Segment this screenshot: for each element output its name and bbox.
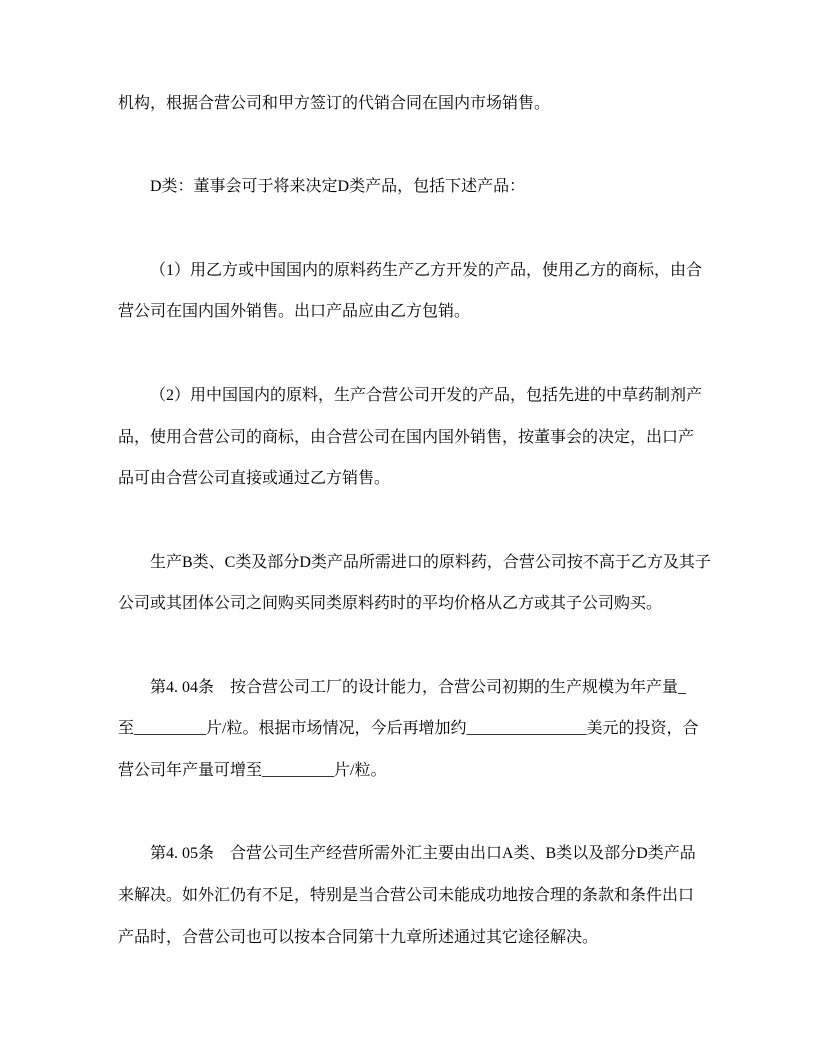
text-line: 至_________片/粒。根据市场情况，今后再增加约_____________…	[118, 708, 708, 750]
paragraph: 第4. 05条 合营公司生产经营所需外汇主要由出口A类、B类以及部分D类产品来解…	[118, 833, 708, 958]
paragraph: 第4. 04条 按合营公司工厂的设计能力，合营公司初期的生产规模为年产量_至__…	[118, 667, 708, 792]
text-line: 产品时，合营公司也可以按本合同第十九章所述通过其它途径解决。	[118, 917, 708, 959]
paragraph: 生产B类、C类及部分D类产品所需进口的原料药，合营公司按不高于乙方及其子公司或其…	[118, 542, 708, 625]
text-line: D类：董事会可于将来决定D类产品，包括下述产品：	[118, 166, 708, 208]
text-line: 第4. 04条 按合营公司工厂的设计能力，合营公司初期的生产规模为年产量_	[118, 667, 708, 709]
document-page: 机构，根据合营公司和甲方签订的代销合同在国内市场销售。D类：董事会可于将来决定D…	[0, 0, 816, 1056]
text-line: 营公司在国内国外销售。出口产品应由乙方包销。	[118, 291, 708, 333]
text-line: 公司或其团体公司之间购买同类原料药时的平均价格从乙方或其子公司购买。	[118, 583, 708, 625]
paragraph: （2）用中国国内的原料，生产合营公司开发的产品，包括先进的中草药制剂产品，使用合…	[118, 375, 708, 500]
text-line: 机构，根据合营公司和甲方签订的代销合同在国内市场销售。	[118, 83, 708, 125]
text-line: 营公司年产量可增至_________片/粒。	[118, 750, 708, 792]
text-line: 品，使用合营公司的商标，由合营公司在国内国外销售，按董事会的决定，出口产	[118, 417, 708, 459]
text-line: 生产B类、C类及部分D类产品所需进口的原料药，合营公司按不高于乙方及其子	[118, 542, 708, 584]
paragraph: D类：董事会可于将来决定D类产品，包括下述产品：	[118, 166, 708, 208]
text-line: （1）用乙方或中国国内的原料药生产乙方开发的产品，使用乙方的商标，由合	[118, 250, 708, 292]
text-line: 品可由合营公司直接或通过乙方销售。	[118, 458, 708, 500]
paragraph: （1）用乙方或中国国内的原料药生产乙方开发的产品，使用乙方的商标，由合营公司在国…	[118, 250, 708, 333]
text-line: 第4. 05条 合营公司生产经营所需外汇主要由出口A类、B类以及部分D类产品	[118, 833, 708, 875]
paragraph: 机构，根据合营公司和甲方签订的代销合同在国内市场销售。	[118, 83, 708, 125]
text-line: （2）用中国国内的原料，生产合营公司开发的产品，包括先进的中草药制剂产	[118, 375, 708, 417]
document-body: 机构，根据合营公司和甲方签订的代销合同在国内市场销售。D类：董事会可于将来决定D…	[118, 83, 708, 958]
text-line: 来解决。如外汇仍有不足，特别是当合营公司未能成功地按合理的条款和条件出口	[118, 875, 708, 917]
